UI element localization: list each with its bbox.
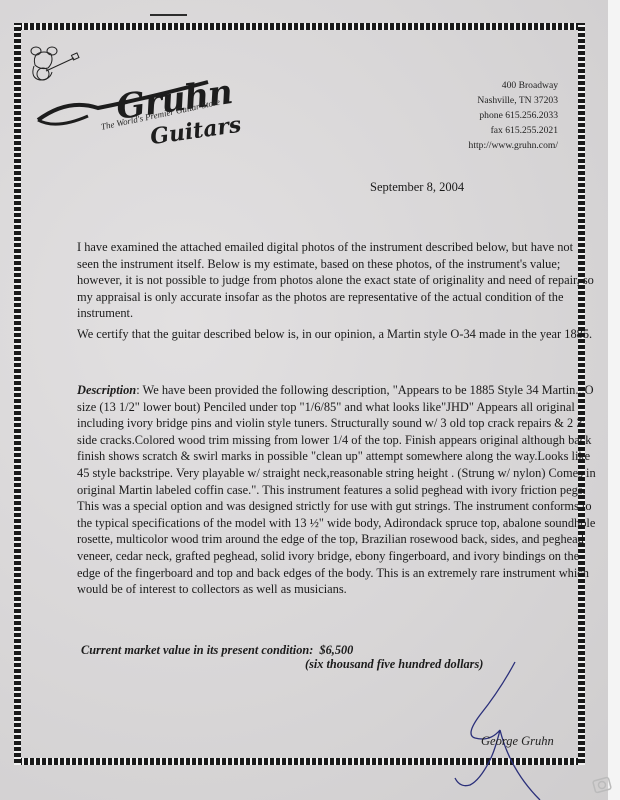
address-city: Nashville, TN 37203 bbox=[469, 93, 558, 108]
letter-date: September 8, 2004 bbox=[370, 180, 464, 195]
address-street: 400 Broadway bbox=[469, 78, 558, 93]
address-website: http://www.gruhn.com/ bbox=[469, 138, 558, 153]
border-top bbox=[14, 23, 585, 30]
border-left bbox=[14, 23, 21, 765]
market-value-amount: $6,500 bbox=[319, 643, 353, 657]
description-paragraph: Description: We have been provided the f… bbox=[77, 382, 597, 598]
address-phone: phone 615.256.2033 bbox=[469, 108, 558, 123]
description-label: Description bbox=[77, 383, 136, 397]
address-block: 400 Broadway Nashville, TN 37203 phone 6… bbox=[469, 78, 558, 153]
signer-name: George Gruhn bbox=[481, 734, 554, 749]
market-value-label: Current market value in its present cond… bbox=[81, 643, 313, 657]
intro-paragraph: I have examined the attached emailed dig… bbox=[77, 239, 597, 322]
scan-mark bbox=[150, 14, 187, 16]
description-text: : We have been provided the following de… bbox=[77, 383, 596, 596]
gruhn-guitars-logo: Gruhn Guitars bbox=[28, 38, 218, 148]
scan-margin bbox=[608, 0, 620, 800]
camera-watermark-icon bbox=[591, 772, 615, 796]
market-value-line: Current market value in its present cond… bbox=[81, 643, 353, 658]
signature-icon bbox=[440, 660, 570, 800]
certification-paragraph: We certify that the guitar described bel… bbox=[77, 326, 597, 343]
address-fax: fax 615.255.2021 bbox=[469, 123, 558, 138]
